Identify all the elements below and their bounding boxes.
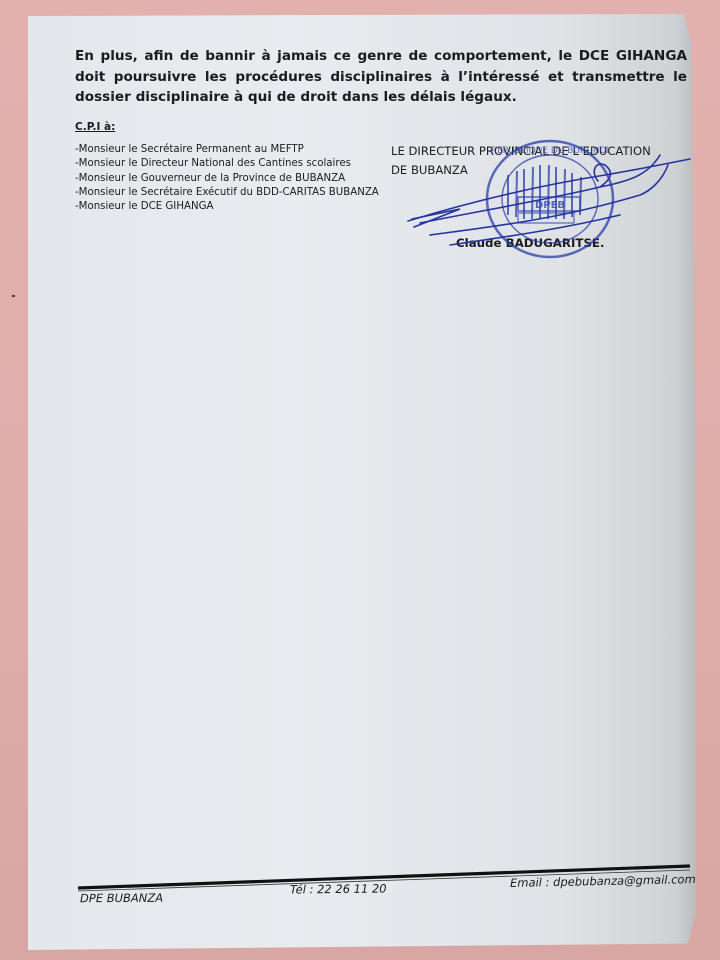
official-stamp-and-signature: REPUBLIQUE DU BURUNDI DPEB: [400, 135, 700, 265]
cc-recipient: -Monsieur le Secrétaire Exécutif du BDD-…: [75, 186, 379, 200]
body-paragraph: En plus, afin de bannir à jamais ce genr…: [75, 46, 687, 108]
cc-heading: C.P.I à:: [75, 121, 115, 133]
background-speck: [12, 295, 15, 297]
cc-recipient: -Monsieur le DCE GIHANGA: [75, 200, 379, 214]
cc-recipient: -Monsieur le Secrétaire Permanent au MEF…: [75, 143, 379, 157]
footer-phone: Tél : 22 26 11 20: [290, 881, 387, 896]
svg-text:DPEB: DPEB: [535, 200, 565, 211]
cc-recipient-list: -Monsieur le Secrétaire Permanent au MEF…: [75, 143, 379, 214]
stamp-seal-icon: [487, 141, 613, 257]
cc-recipient: -Monsieur le Directeur National des Cant…: [75, 157, 379, 171]
svg-text:REPUBLIQUE DU BURUNDI: REPUBLIQUE DU BURUNDI: [491, 146, 609, 156]
cc-recipient: -Monsieur le Gouverneur de la Province d…: [75, 172, 379, 186]
footer-org: DPE BUBANZA: [80, 891, 163, 906]
